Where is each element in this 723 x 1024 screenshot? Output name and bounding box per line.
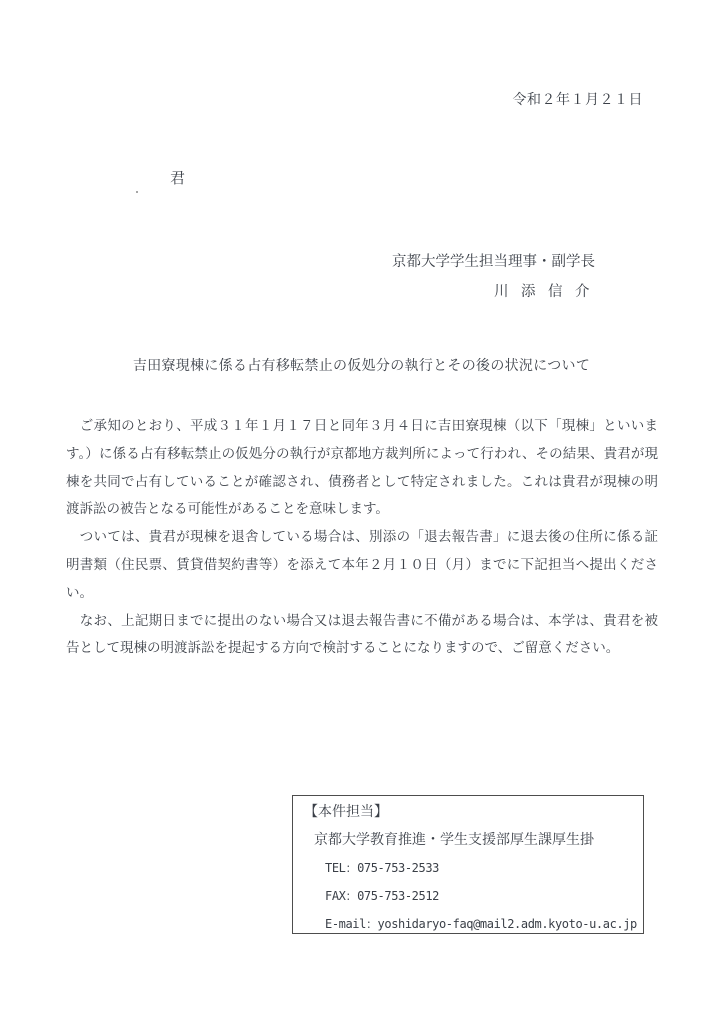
letter-date: 令和２年１月２１日 xyxy=(513,89,644,109)
letter-page: 令和２年１月２１日 君 京都大学学生担当理事・副学長 川 添 信 介 吉田寮現棟… xyxy=(0,0,723,1024)
body-paragraph-3: なお、上記期日までに提出のない場合又は退去報告書に不備がある場合は、本学は、貴君… xyxy=(66,607,658,663)
subject-title: 吉田寮現棟に係る占有移転禁止の仮処分の執行とその後の状況について xyxy=(66,355,657,375)
body-paragraph-2: ついては、貴君が現棟を退舎している場合は、別添の「退去報告書」に退去後の住所に係… xyxy=(66,523,658,606)
letter-body: ご承知のとおり、平成３１年１月１７日と同年３月４日に吉田寮現棟（以下「現棟」とい… xyxy=(66,412,658,662)
stray-mark-artifact xyxy=(136,191,138,193)
contact-box: 【本件担当】 京都大学教育推進・学生支援部厚生課厚生掛 TEL：075-753-… xyxy=(292,795,644,934)
contact-department: 京都大学教育推進・学生支援部厚生課厚生掛 xyxy=(314,833,643,848)
recipient-line: 君 xyxy=(170,167,185,188)
body-paragraph-1: ご承知のとおり、平成３１年１月１７日と同年３月４日に吉田寮現棟（以下「現棟」とい… xyxy=(66,412,658,523)
sender-name: 川 添 信 介 xyxy=(494,280,589,301)
contact-email: E-mail：yoshidaryo-faq@mail2.adm.kyoto-u.… xyxy=(325,917,643,932)
recipient-honorific: 君 xyxy=(170,171,185,187)
contact-box-header: 【本件担当】 xyxy=(304,805,643,820)
contact-tel: TEL：075-753-2533 xyxy=(325,861,643,876)
contact-fax: FAX：075-753-2512 xyxy=(325,889,643,904)
sender-title: 京都大学学生担当理事・副学長 xyxy=(392,250,595,271)
